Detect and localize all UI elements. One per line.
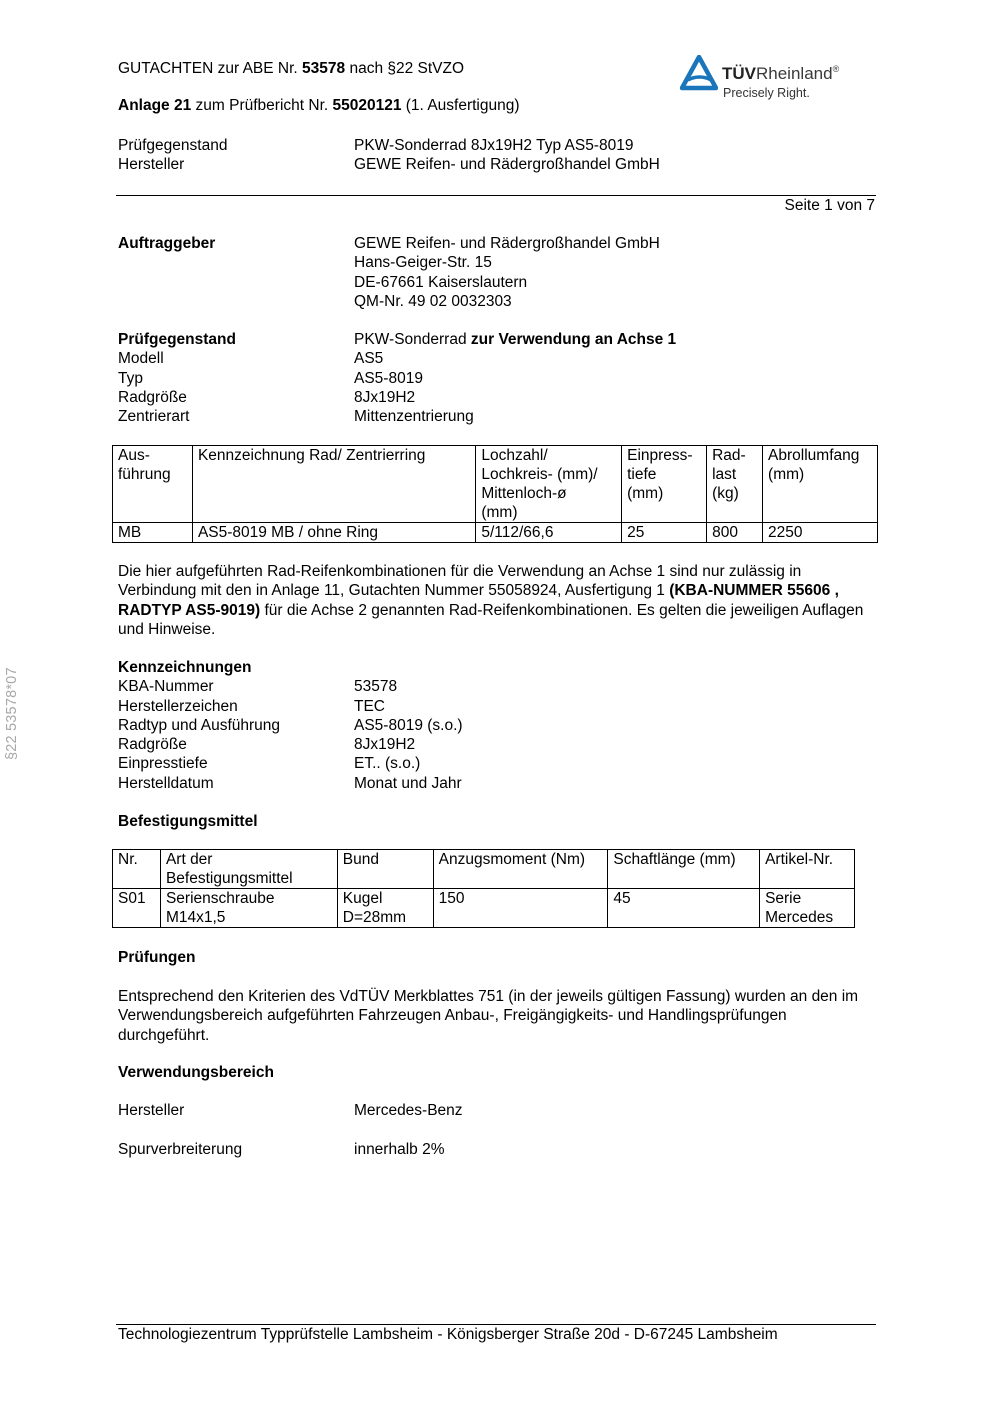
field-label: Prüfgegenstand xyxy=(118,136,354,155)
cell-art: Serienschraube M14x1,5 xyxy=(160,889,337,928)
pruefgegenstand-label: Prüfgegenstand xyxy=(118,330,354,349)
verwendungsbereich-title: Verwendungsbereich xyxy=(118,1063,274,1082)
header-cell: Rad- last (kg) xyxy=(707,446,763,523)
cell-anzugsmoment: 150 xyxy=(433,889,608,928)
header-cell: Lochzahl/ Lochkreis- (mm)/ Mittenloch-ø … xyxy=(476,446,622,523)
page-indicator: Seite 1 von 7 xyxy=(785,196,875,215)
logo-brand-rest: Rheinland xyxy=(756,64,833,83)
section-title: Kennzeichnungen xyxy=(118,658,463,677)
value-prefix: PKW-Sonderrad xyxy=(354,331,471,348)
header-cell: Aus- führung xyxy=(113,446,193,523)
pruefgegenstand-value: PKW-Sonderrad zur Verwendung an Achse 1 xyxy=(354,330,676,349)
field-label: Radgröße xyxy=(118,388,354,407)
field-value: PKW-Sonderrad 8Jx19H2 Typ AS5-8019 xyxy=(354,136,633,155)
field-label: Typ xyxy=(118,369,354,388)
header-cell: Schaftlänge (mm) xyxy=(608,850,760,889)
field-label: Radgröße xyxy=(118,735,354,754)
subtitle-suffix: (1. Ausfertigung) xyxy=(401,97,519,114)
table-header-row: Aus- führung Kennzeichnung Rad/ Zentrier… xyxy=(113,446,878,523)
address-line: DE-67661 Kaiserslautern xyxy=(354,273,660,292)
field-value: Mercedes-Benz xyxy=(354,1101,463,1120)
header-cell: Art der Befestigungsmittel xyxy=(160,850,337,889)
cell-artikel-nr: Serie Mercedes xyxy=(760,889,855,928)
table-row: S01 Serienschraube M14x1,5 Kugel D=28mm … xyxy=(113,889,855,928)
field-value: Monat und Jahr xyxy=(354,774,462,793)
field-label: Einpresstiefe xyxy=(118,754,354,773)
field-value: 53578 xyxy=(354,677,397,696)
field-label: Hersteller xyxy=(118,1101,354,1120)
cell-bund: Kugel D=28mm xyxy=(337,889,433,928)
cell-schaftlaenge: 45 xyxy=(608,889,760,928)
cell-kennzeichnung: AS5-8019 MB / ohne Ring xyxy=(192,523,475,543)
cell-einpresstiefe: 25 xyxy=(622,523,707,543)
logo-brand: TÜVRheinland® xyxy=(722,64,839,84)
pruefungen-text: Entsprechend den Kriterien des VdTÜV Mer… xyxy=(118,987,863,1045)
befestigungsmittel-table: Nr. Art der Befestigungsmittel Bund Anzu… xyxy=(112,849,855,928)
table-header-row: Nr. Art der Befestigungsmittel Bund Anzu… xyxy=(113,850,855,889)
tuv-triangle-icon xyxy=(680,55,718,91)
field-value: GEWE Reifen- und Rädergroßhandel GmbH xyxy=(354,155,660,174)
registered-mark: ® xyxy=(833,64,840,74)
logo-tagline: Precisely Right. xyxy=(723,86,810,100)
cell-abrollumfang: 2250 xyxy=(763,523,878,543)
verwendungsbereich-spurverbreiterung: Spurverbreiterunginnerhalb 2% xyxy=(118,1140,444,1159)
field-value: TEC xyxy=(354,697,385,716)
title-prefix: GUTACHTEN zur ABE Nr. xyxy=(118,60,302,77)
field-label: Herstelldatum xyxy=(118,774,354,793)
table-row: MB AS5-8019 MB / ohne Ring 5/112/66,6 25… xyxy=(113,523,878,543)
field-value: Mittenzentrierung xyxy=(354,407,474,426)
header-cell: Nr. xyxy=(113,850,161,889)
wheel-table: Aus- führung Kennzeichnung Rad/ Zentrier… xyxy=(112,445,878,543)
side-stamp: §22 53578*07 xyxy=(4,667,20,760)
header-cell: Bund xyxy=(337,850,433,889)
footer-text: Technologiezentrum Typprüfstelle Lambshe… xyxy=(118,1325,778,1344)
kennzeichnungen-section: Kennzeichnungen KBA-Nummer53578 Herstell… xyxy=(118,658,463,793)
header-cell: Abrollumfang (mm) xyxy=(763,446,878,523)
field-label: Hersteller xyxy=(118,155,354,174)
logo-brand-bold: TÜV xyxy=(722,64,756,83)
abe-number: 53578 xyxy=(302,60,345,77)
title-suffix: nach §22 StVZO xyxy=(345,60,464,77)
field-value: 8Jx19H2 xyxy=(354,388,415,407)
cell-ausfuehrung: MB xyxy=(113,523,193,543)
verwendungsbereich-hersteller: HerstellerMercedes-Benz xyxy=(118,1101,463,1120)
field-label: Spurverbreiterung xyxy=(118,1140,354,1159)
tuv-rheinland-logo: TÜVRheinland® Precisely Right. xyxy=(680,55,870,105)
header-cell: Anzugsmoment (Nm) xyxy=(433,850,608,889)
auftraggeber-section: Auftraggeber GEWE Reifen- und Rädergroßh… xyxy=(118,234,660,311)
auftraggeber-label: Auftraggeber xyxy=(118,234,354,311)
field-value: ET.. (s.o.) xyxy=(354,754,420,773)
report-subtitle: Anlage 21 zum Prüfbericht Nr. 55020121 (… xyxy=(118,96,520,115)
header-cell: Artikel-Nr. xyxy=(760,850,855,889)
field-value: AS5-8019 (s.o.) xyxy=(354,716,463,735)
cell-lochkreis: 5/112/66,6 xyxy=(476,523,622,543)
field-label: Herstellerzeichen xyxy=(118,697,354,716)
report-title: GUTACHTEN zur ABE Nr. 53578 nach §22 StV… xyxy=(118,59,464,78)
header-cell: Kennzeichnung Rad/ Zentrierring xyxy=(192,446,475,523)
anlage-label: Anlage 21 xyxy=(118,97,191,114)
pruefgegenstand-section: Prüfgegenstand PKW-Sonderrad zur Verwend… xyxy=(118,330,676,426)
field-value: 8Jx19H2 xyxy=(354,735,415,754)
cell-radlast: 800 xyxy=(707,523,763,543)
field-label: Modell xyxy=(118,349,354,368)
header-cell: Einpress- tiefe (mm) xyxy=(622,446,707,523)
combination-note: Die hier aufgeführten Rad-Reifenkombinat… xyxy=(118,562,868,639)
address-line: GEWE Reifen- und Rädergroßhandel GmbH xyxy=(354,234,660,253)
pruefbericht-number: 55020121 xyxy=(333,97,402,114)
value-bold: zur Verwendung an Achse 1 xyxy=(471,331,676,348)
field-value: AS5-8019 xyxy=(354,369,423,388)
cell-nr: S01 xyxy=(113,889,161,928)
field-value: AS5 xyxy=(354,349,383,368)
address-line: QM-Nr. 49 02 0032303 xyxy=(354,292,660,311)
field-label: Zentrierart xyxy=(118,407,354,426)
field-value: innerhalb 2% xyxy=(354,1140,444,1159)
field-label: Radtyp und Ausführung xyxy=(118,716,354,735)
pruefungen-title: Prüfungen xyxy=(118,948,196,967)
header-divider xyxy=(116,195,876,196)
field-label: KBA-Nummer xyxy=(118,677,354,696)
address-line: Hans-Geiger-Str. 15 xyxy=(354,253,660,272)
header-fields: PrüfgegenstandPKW-Sonderrad 8Jx19H2 Typ … xyxy=(118,136,660,175)
befestigungsmittel-title: Befestigungsmittel xyxy=(118,812,258,831)
subtitle-middle: zum Prüfbericht Nr. xyxy=(191,97,332,114)
